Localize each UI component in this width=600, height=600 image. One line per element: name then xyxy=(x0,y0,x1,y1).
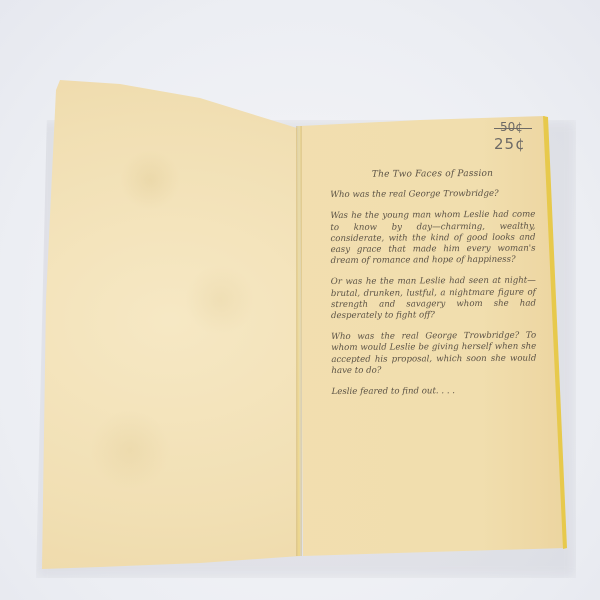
paragraph: Was he the young man whom Leslie had com… xyxy=(330,210,535,267)
crossed-out-price: 50¢ xyxy=(494,120,526,135)
page-title: The Two Faces of Passion xyxy=(330,169,535,182)
teaser-text-block: The Two Faces of Passion Who was the rea… xyxy=(330,169,537,409)
paragraph: Who was the real George Trowbridge? To w… xyxy=(331,331,536,377)
paragraph: Leslie feared to find out. . . . xyxy=(332,386,537,399)
book-spine-gutter xyxy=(296,126,302,556)
pencil-price-marks: 50¢ 25¢ xyxy=(494,120,526,152)
paragraph: Who was the real George Trowbridge? xyxy=(330,189,535,202)
handwritten-price: 25¢ xyxy=(494,137,526,152)
paragraph: Or was he the man Leslie had seen at nig… xyxy=(331,276,536,322)
